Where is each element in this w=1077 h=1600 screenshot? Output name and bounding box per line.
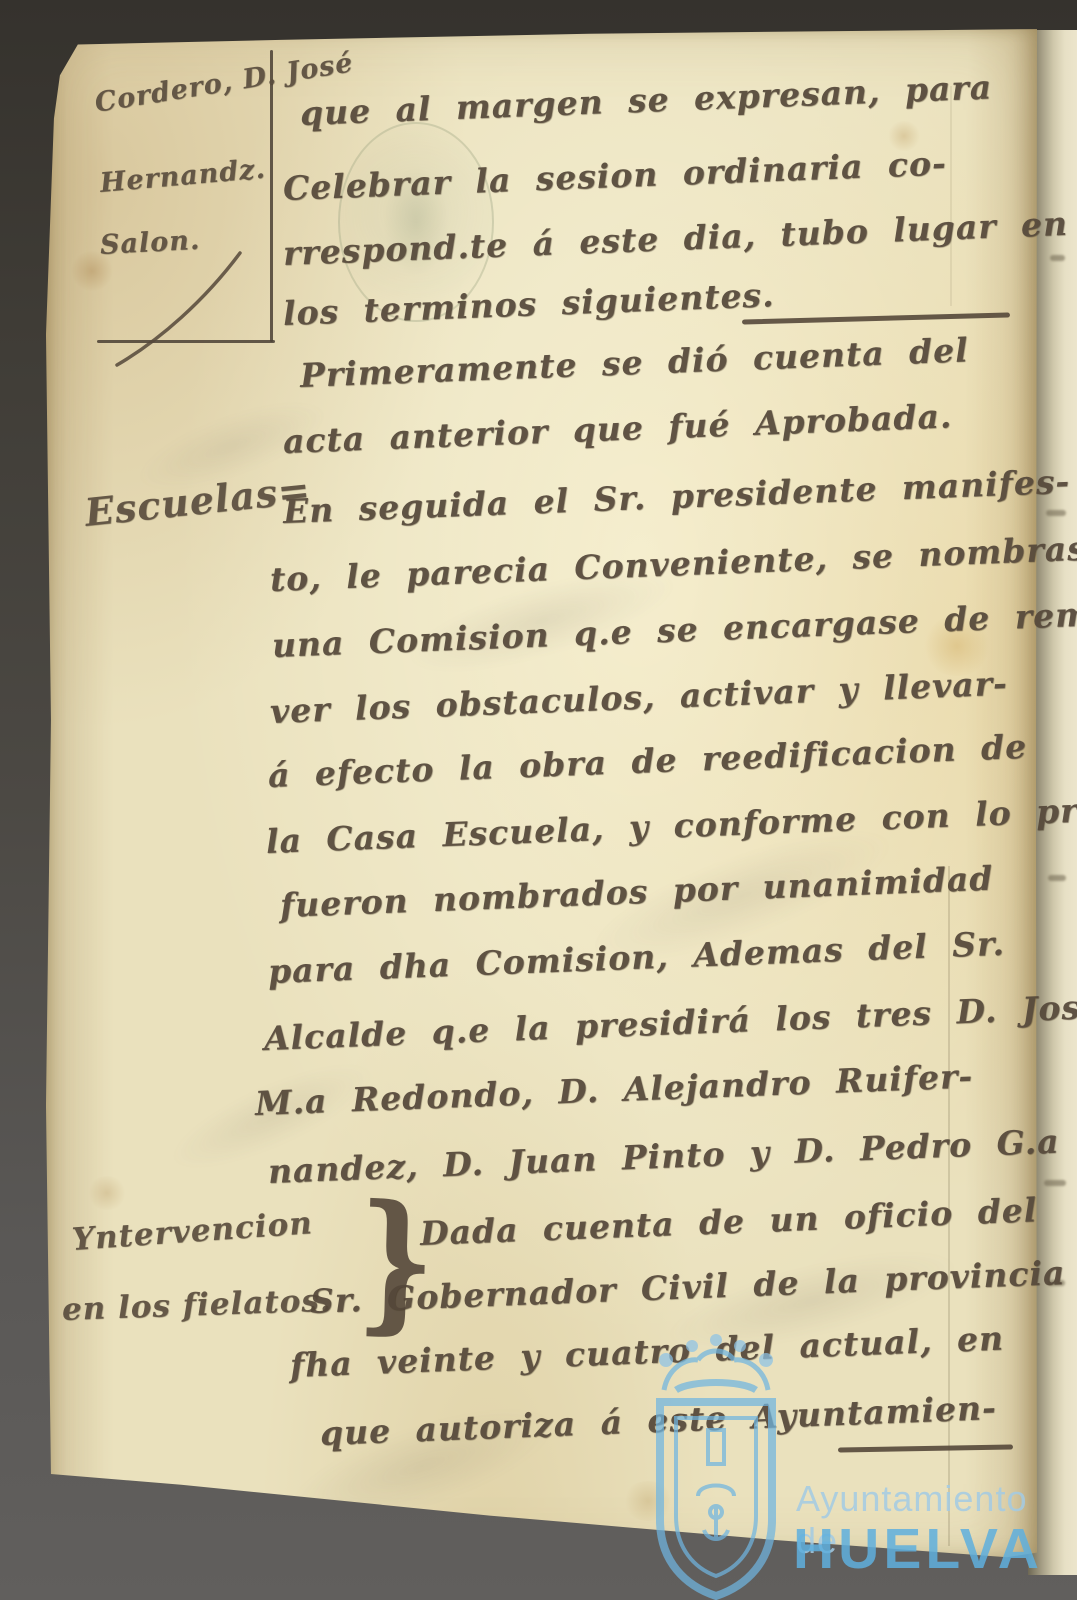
paper-crease xyxy=(948,866,950,1546)
embossed-seal xyxy=(338,122,494,322)
showthrough-smudge xyxy=(159,1044,384,1188)
foxing-stain xyxy=(922,616,992,676)
showthrough-mark xyxy=(1046,510,1066,516)
paper-crease xyxy=(950,86,952,306)
foxing-stain xyxy=(70,251,114,291)
showthrough-smudge xyxy=(398,549,686,693)
showthrough-smudge xyxy=(276,1385,567,1548)
foxing-stain xyxy=(87,1176,127,1210)
showthrough-mark xyxy=(1044,1180,1066,1186)
margin-rule-vertical xyxy=(270,50,273,342)
manuscript-page xyxy=(42,26,1037,1568)
foxing-stain xyxy=(622,1481,674,1521)
margin-rule-horizontal xyxy=(97,340,275,343)
showthrough-smudge xyxy=(658,1231,966,1371)
scanned-manuscript-photo: Cordero, D. José Hernandz. Salon. Escuel… xyxy=(0,0,1077,1600)
showthrough-mark xyxy=(1050,255,1065,261)
showthrough-smudge xyxy=(128,384,336,509)
foxing-stain xyxy=(887,121,921,151)
showthrough-mark xyxy=(1048,1280,1065,1286)
showthrough-mark xyxy=(1048,875,1066,881)
showthrough-smudge xyxy=(578,804,906,989)
